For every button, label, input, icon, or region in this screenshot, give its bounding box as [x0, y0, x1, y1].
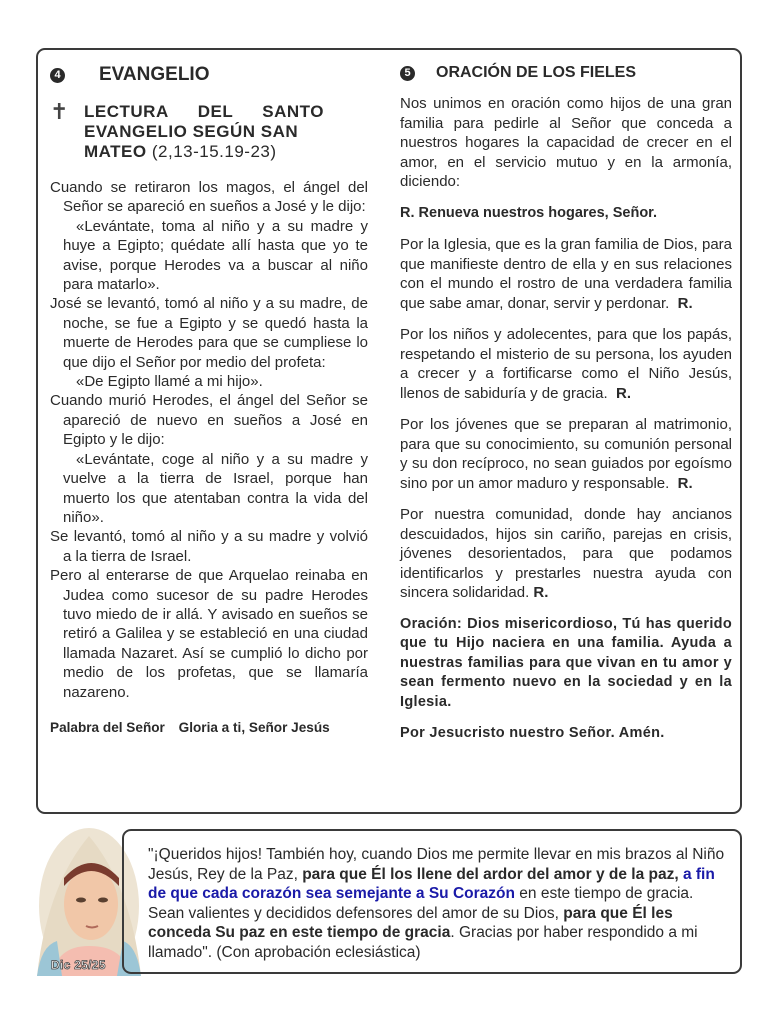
gospel-section-title: EVANGELIO: [99, 64, 210, 86]
gospel-closing: Palabra del Señor Gloria a ti, Señor Jes…: [50, 720, 368, 735]
number-4-circle-icon: 4: [50, 68, 65, 83]
closing-people: Gloria a ti, Señor Jesús: [179, 720, 330, 735]
reading-title-word: SANTO: [262, 102, 324, 122]
prayers-section-title: ORACIÓN DE LOS FIELES: [436, 64, 636, 82]
petition: Por los niños y adolecentes, para que lo…: [400, 325, 732, 403]
gospel-column: 4 EVANGELIO ✝ LECTURA DEL SANTO EVANGELI…: [50, 50, 368, 735]
gospel-quote: «Levántate, toma al niño y a su madre y …: [50, 217, 368, 295]
medjugorje-message-box: "¡Queridos hijos! También hoy, cuando Di…: [122, 829, 742, 974]
number-5-circle-icon: 5: [400, 66, 415, 81]
gospel-paragraph: José se levantó, tomó al niño y a su mad…: [50, 294, 368, 372]
petition: Por nuestra comunidad, donde hay anciano…: [400, 505, 732, 603]
prayers-section-header: 5 ORACIÓN DE LOS FIELES: [400, 64, 732, 82]
reading-title: ✝ LECTURA DEL SANTO EVANGELIO SEGÚN SAN …: [50, 102, 368, 162]
closing-priest: Palabra del Señor: [50, 720, 165, 735]
reading-title-word: DEL: [198, 102, 234, 122]
petition: Por los jóvenes que se preparan al matri…: [400, 415, 732, 493]
reading-title-line3: MATEO: [84, 142, 147, 161]
closing-prayer: Oración: Dios misericordioso, Tú has que…: [400, 615, 732, 713]
gospel-quote: «Levántate, coge al niño y a su madre y …: [50, 450, 368, 528]
gospel-paragraph: Cuando murió Herodes, el ángel del Señor…: [50, 391, 368, 449]
date-label: Dic 25/25: [51, 958, 106, 972]
gospel-text: Cuando se retiraron los magos, el ángel …: [50, 178, 368, 702]
prayers-response: R. Renueva nuestros hogares, Señor.: [400, 204, 732, 224]
gospel-paragraph: Pero al enterarse de que Arquelao reinab…: [50, 566, 368, 702]
prayers-column: 5 ORACIÓN DE LOS FIELES Nos unimos en or…: [400, 50, 732, 756]
gospel-quote: «De Egipto llamé a mi hijo».: [50, 372, 368, 391]
reading-title-line2: EVANGELIO SEGÚN SAN: [84, 122, 324, 142]
gospel-paragraph: Se levantó, tomó al niño y a su madre y …: [50, 527, 368, 566]
gospel-paragraph: Cuando se retiraron los magos, el ángel …: [50, 178, 368, 217]
reading-title-word: LECTURA: [84, 102, 169, 122]
latin-cross-icon: ✝: [50, 102, 70, 162]
liturgy-main-box: 4 EVANGELIO ✝ LECTURA DEL SANTO EVANGELI…: [36, 48, 742, 814]
message-text: "¡Queridos hijos! También hoy, cuando Di…: [148, 845, 732, 963]
prayer-conclusion: Por Jesucristo nuestro Señor. Amén.: [400, 724, 732, 744]
gospel-section-header: 4 EVANGELIO: [50, 64, 368, 86]
prayers-intro: Nos unimos en oración como hijos de una …: [400, 94, 732, 192]
gospel-citation: (2,13-15.19-23): [152, 142, 277, 161]
petition: Por la Iglesia, que es la gran familia d…: [400, 235, 732, 313]
